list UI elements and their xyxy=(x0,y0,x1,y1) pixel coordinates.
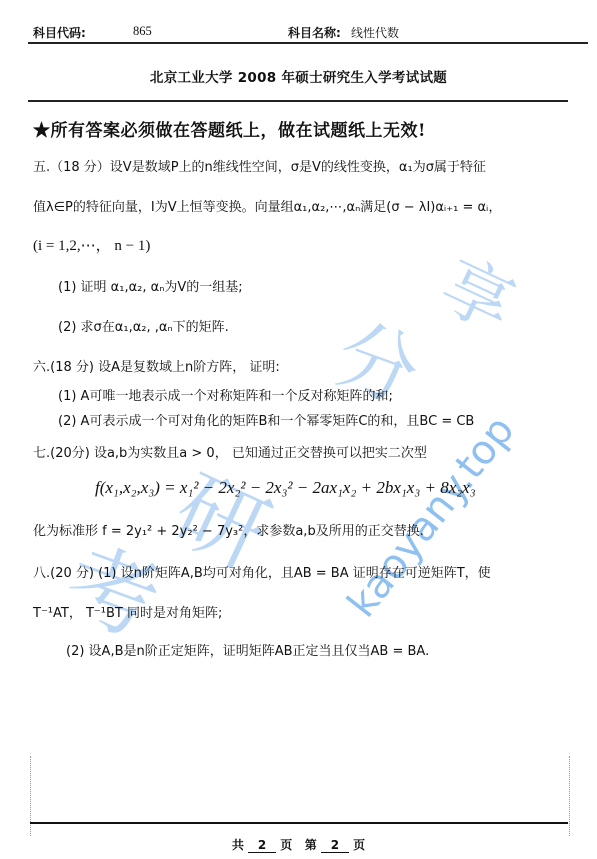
subject-code-value: 865 xyxy=(133,24,152,39)
page-footer: 共 2 页 第 2 页 xyxy=(0,836,597,853)
current-page-value: 2 xyxy=(321,838,349,853)
q8-head: 八.(20 分) (1) 设n阶矩阵A,B均可对角化，且AB = BA 证明存在… xyxy=(33,562,491,581)
q5-line2: 值λ∈P的特征向量，I为V上恒等变换。向量组α₁,α₂,⋯,αₙ满足(σ − λ… xyxy=(33,196,501,215)
exam-title: 北京工业大学 2008 年硕士研究生入学考试试题 xyxy=(0,66,597,86)
header-rule xyxy=(28,42,588,44)
page-unit: 页 xyxy=(280,838,292,852)
q7-line3: 化为标准形 f = 2y₁² + 2y₂² − 7y₃²，求参数a,b及所用的正… xyxy=(33,520,424,539)
watermark-calligraphy-2: 分 xyxy=(323,290,438,425)
total-pages-value: 2 xyxy=(248,838,276,853)
q5-head: 五.（18 分）设V是数域P上的n维线性空间，σ是V的线性变换，α₁为σ属于特征 xyxy=(33,156,486,175)
q5-line3: (i = 1,2,⋯， n − 1) xyxy=(33,234,150,255)
total-pages-label: 共 xyxy=(232,838,244,852)
exam-header: 科目代码: 865 科目名称: 线性代数 xyxy=(33,24,588,44)
subject-name-value: 线性代数 xyxy=(351,24,399,41)
watermark-calligraphy-1: 享 xyxy=(427,230,533,351)
q5-part1: (1) 证明 α₁,α₂, αₙ为V的一组基; xyxy=(58,276,243,295)
footer-frame xyxy=(30,756,570,836)
q8-part2: (2) 设A,B是n阶正定矩阵，证明矩阵AB正定当且仅当AB = BA. xyxy=(66,640,429,659)
title-rule xyxy=(28,100,568,102)
q7-formula: f(x₁,x₂,x₃) = x₁² − 2x₂² − 2x₃² − 2ax₁x₂… xyxy=(95,478,476,498)
q8-line2: T⁻¹AT， T⁻¹BT 同时是对角矩阵; xyxy=(33,602,222,621)
q7-head: 七.(20分) 设a,b为实数且a > 0， 已知通过正交替换可以把实二次型 xyxy=(33,442,427,461)
subject-name-label: 科目名称: xyxy=(288,24,341,41)
exam-notice: ★所有答案必须做在答题纸上，做在试题纸上无效! xyxy=(33,116,426,141)
q6-head: 六.(18 分) 设A是复数域上n阶方阵， 证明: xyxy=(33,356,280,375)
current-page-label: 第 xyxy=(305,838,317,852)
q6-part2: (2) A可表示成一个可对角化的矩阵B和一个幂零矩阵C的和，且BC = CB xyxy=(58,410,474,429)
footer-rule xyxy=(30,822,568,824)
subject-code-label: 科目代码: xyxy=(33,24,86,41)
watermark-url: kaoyany.top xyxy=(339,408,524,626)
q5-part2: (2) 求σ在α₁,α₂, ,αₙ下的矩阵. xyxy=(58,316,229,335)
page-unit-2: 页 xyxy=(353,838,365,852)
q6-part1: (1) A可唯一地表示成一个对称矩阵和一个反对称矩阵的和; xyxy=(58,385,393,404)
